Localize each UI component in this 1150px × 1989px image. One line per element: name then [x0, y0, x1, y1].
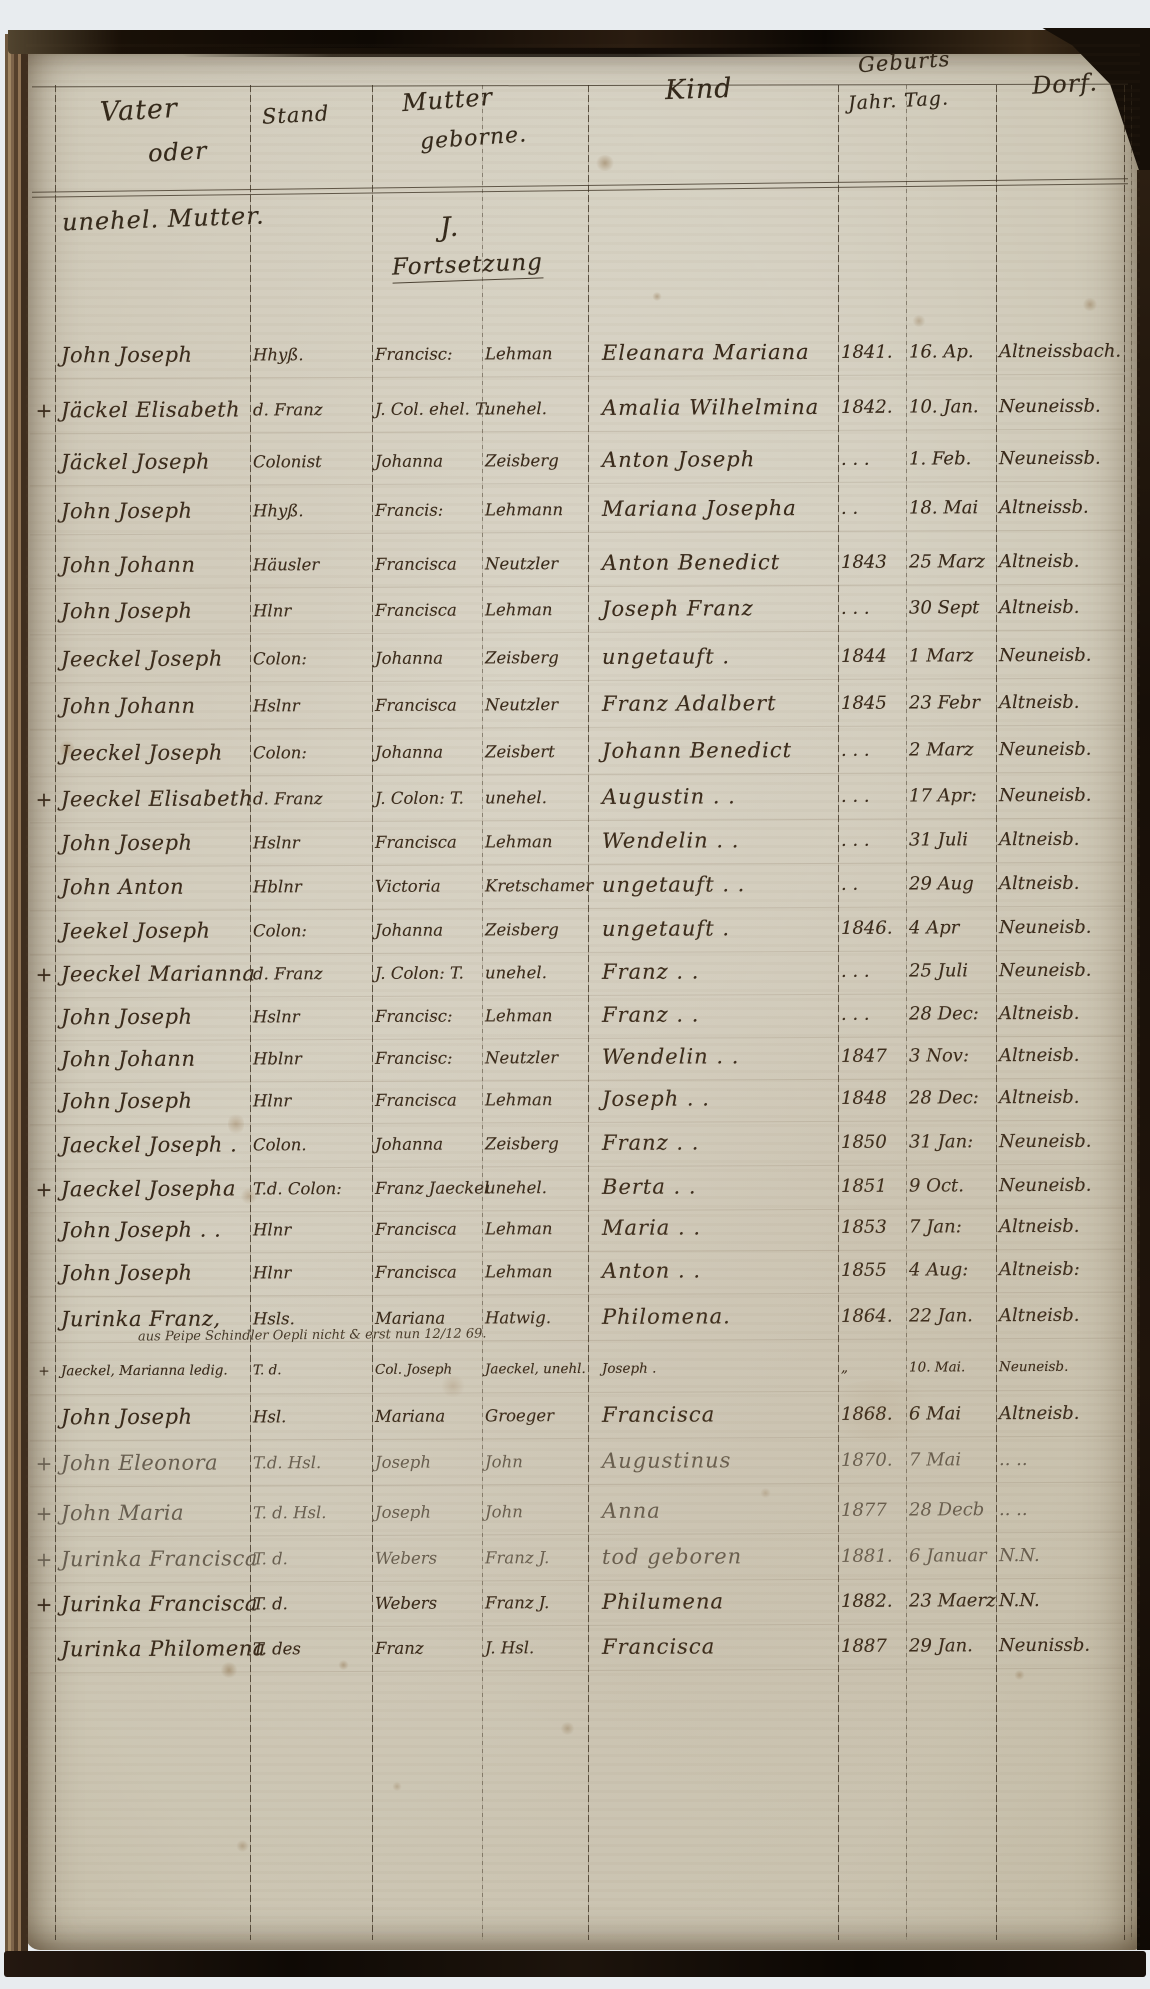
child-name-cell: Augustinus: [588, 1448, 838, 1473]
father-name-cell: John Joseph: [58, 498, 250, 523]
stand-cell: Hblnr: [250, 876, 372, 896]
village-cell: Altneisb.: [996, 1402, 1124, 1424]
birth-year-cell: . . .: [838, 829, 906, 850]
village-cell: Neuneissb.: [996, 447, 1124, 469]
birth-year-cell: . . .: [838, 1003, 906, 1024]
village-cell: .. ..: [996, 1498, 1124, 1520]
mother-givenname-cell: Mariana: [372, 1406, 482, 1425]
father-name-cell: John Joseph . .: [58, 1217, 250, 1242]
father-name-cell: John Johann: [58, 693, 250, 718]
birth-year-cell: 1887: [838, 1635, 906, 1656]
child-name-cell: Philomena.: [588, 1304, 838, 1329]
father-name-cell: Jurinka Philomena: [58, 1636, 250, 1661]
mother-givenname-cell: J. Colon: T.: [372, 788, 482, 807]
mother-surname-cell: Hatwig.: [482, 1307, 588, 1326]
village-cell: Neuneisb.: [996, 1174, 1124, 1196]
stand-cell: Hhyß.: [250, 500, 372, 520]
birth-year-cell: 1846.: [838, 917, 906, 938]
father-name-cell: Jurinka Francisca: [58, 1591, 250, 1616]
cross-mark-cell: +: [30, 1451, 58, 1475]
mother-givenname-cell: Joseph: [372, 1502, 482, 1521]
father-name-cell: Jeeckel Joseph: [58, 646, 250, 671]
father-name-cell: Jaeckel Josepha: [58, 1176, 250, 1201]
mother-givenname-cell: Francisca: [372, 1090, 482, 1109]
stand-cell: Colon.: [250, 1134, 372, 1154]
header-father-line1: Vater: [99, 93, 178, 128]
mother-givenname-cell: Mariana: [372, 1308, 482, 1327]
village-cell: Neuneisb.: [996, 784, 1124, 806]
cross-mark-cell: +: [30, 1547, 58, 1571]
birth-year-cell: 1841.: [838, 341, 906, 362]
mother-surname-cell: Lehman: [482, 1089, 588, 1108]
birth-day-cell: 4 Aug:: [906, 1259, 996, 1280]
register-row: +Jäckel Elisabethd. FranzJ. Col. ehel. T…: [30, 383, 1124, 435]
village-cell: Altneisb.: [996, 1086, 1124, 1108]
book-right-edge: [1137, 170, 1150, 1950]
mother-givenname-cell: J. Col. ehel. T.: [372, 399, 482, 418]
mother-givenname-cell: Joseph: [372, 1452, 482, 1471]
birth-day-cell: 10. Mai.: [906, 1359, 996, 1375]
village-cell: Neuneisb.: [996, 644, 1124, 666]
father-name-cell: Jeekel Joseph: [58, 918, 250, 943]
book-spine-page-edges: [0, 34, 28, 1962]
village-cell: Altneisb.: [996, 1044, 1124, 1066]
stand-cell: T.d. Hsl.: [250, 1452, 372, 1472]
mother-givenname-cell: Francisca: [372, 1262, 482, 1281]
birth-day-cell: 30 Sept: [906, 597, 996, 618]
child-name-cell: Joseph .: [588, 1360, 838, 1377]
birth-year-cell: 1853: [838, 1216, 906, 1237]
mother-surname-cell: Zeisberg: [482, 647, 588, 666]
stand-cell: Hslnr: [250, 1006, 372, 1026]
birth-day-cell: 28 Decb: [906, 1499, 996, 1520]
father-name-cell: John Eleonora: [58, 1450, 250, 1475]
header-stand: Stand: [261, 101, 329, 128]
mother-givenname-cell: Johanna: [372, 451, 482, 470]
register-row: John JosephHhyß.Francis:LehmannMariana J…: [30, 484, 1124, 536]
village-cell: Neuneissb.: [996, 395, 1124, 417]
birth-day-cell: 29 Jan.: [906, 1635, 996, 1656]
mother-givenname-cell: Johanna: [372, 920, 482, 939]
father-name-cell: Jurinka Francisca: [58, 1546, 250, 1571]
register-row: +Jurinka FranciscaT. d.WebersFranz J.Phi…: [30, 1577, 1124, 1629]
mother-givenname-cell: Franz Jaeckel: [372, 1178, 482, 1197]
child-name-cell: Franz . .: [588, 1002, 838, 1027]
mother-givenname-cell: Johanna: [372, 648, 482, 667]
mother-surname-cell: John: [482, 1501, 588, 1520]
mother-givenname-cell: Francisca: [372, 1219, 482, 1238]
father-name-cell: John Anton: [58, 874, 250, 899]
mother-surname-cell: unehel.: [482, 962, 588, 981]
birth-year-cell: „: [838, 1360, 906, 1376]
stand-cell: T. d.: [250, 1593, 372, 1613]
birth-year-cell: 1877: [838, 1499, 906, 1520]
village-cell: Altneisb.: [996, 1304, 1124, 1326]
village-cell: Altneisb.: [996, 1215, 1124, 1237]
register-row: +Jurinka FranciscaT. d.WebersFranz J.tod…: [30, 1532, 1124, 1584]
birth-year-cell: . .: [838, 497, 906, 518]
mother-surname-cell: Zeisberg: [482, 450, 588, 469]
child-name-cell: Augustin . .: [588, 784, 838, 809]
village-cell: Altneisb.: [996, 550, 1124, 572]
father-name-cell: John Johann: [58, 1046, 250, 1071]
mother-surname-cell: unehel.: [482, 398, 588, 417]
mother-surname-cell: Lehman: [482, 831, 588, 850]
stand-cell: Hhyß.: [250, 344, 372, 364]
register-row: John JosephHhyß.Francisc:LehmanEleanara …: [30, 328, 1124, 380]
birth-year-cell: . . .: [838, 785, 906, 806]
birth-year-cell: . . .: [838, 960, 906, 981]
village-cell: Altneisb.: [996, 1002, 1124, 1024]
birth-year-cell: 1882.: [838, 1590, 906, 1611]
birth-year-cell: 1843: [838, 551, 906, 572]
child-name-cell: Anton . .: [588, 1258, 838, 1283]
birth-day-cell: 1. Feb.: [906, 448, 996, 469]
register-row: +Jaeckel, Marianna ledig.T. d.Col. Josep…: [30, 1344, 1124, 1396]
village-cell: Neuneisb.: [996, 1359, 1124, 1376]
child-name-cell: Johann Benedict: [588, 738, 838, 763]
cross-mark-cell: +: [30, 962, 58, 986]
birth-day-cell: 28 Dec:: [906, 1003, 996, 1024]
birth-day-cell: 23 Maerz: [906, 1590, 996, 1611]
birth-day-cell: 22 Jan.: [906, 1305, 996, 1326]
birth-day-cell: 4 Apr: [906, 917, 996, 938]
child-name-cell: ungetauft . .: [588, 872, 838, 897]
birth-year-cell: . . .: [838, 597, 906, 618]
stand-cell: Hlnr: [250, 1219, 372, 1239]
birth-year-cell: 1851: [838, 1175, 906, 1196]
mother-givenname-cell: Victoria: [372, 876, 482, 895]
mother-givenname-cell: Francisca: [372, 600, 482, 619]
mother-surname-cell: Lehman: [482, 1218, 588, 1237]
birth-day-cell: 6 Mai: [906, 1403, 996, 1424]
child-name-cell: Anna: [588, 1498, 838, 1523]
mother-surname-cell: Zeisbert: [482, 741, 588, 760]
stand-cell: Hlnr: [250, 600, 372, 620]
village-cell: Neunissb.: [996, 1634, 1124, 1656]
stand-cell: Hslnr: [250, 832, 372, 852]
mother-givenname-cell: J. Colon: T.: [372, 963, 482, 982]
rule-right-margin-1: [1124, 85, 1125, 1940]
child-name-cell: Joseph Franz: [588, 596, 838, 621]
child-name-cell: Anton Benedict: [588, 550, 838, 575]
child-name-cell: Wendelin . .: [588, 1044, 838, 1069]
section-letter: J.: [439, 212, 459, 244]
birth-day-cell: 1 Marz: [906, 645, 996, 666]
father-name-cell: Jeeckel Marianna: [58, 961, 250, 986]
mother-givenname-cell: Francisca: [372, 832, 482, 851]
mother-surname-cell: Lehman: [482, 599, 588, 618]
village-cell: Altneisb.: [996, 828, 1124, 850]
father-name-cell: John Joseph: [58, 1260, 250, 1285]
register-row: John JosephHlnrFranciscaLehmanJoseph Fra…: [30, 584, 1124, 636]
stand-cell: Häusler: [250, 554, 372, 574]
mother-surname-cell: unehel.: [482, 787, 588, 806]
birth-year-cell: 1881.: [838, 1545, 906, 1566]
mother-givenname-cell: Francisc:: [372, 344, 482, 363]
birth-day-cell: 3 Nov:: [906, 1045, 996, 1066]
child-name-cell: ungetauft .: [588, 644, 838, 669]
father-name-cell: John Joseph: [58, 342, 250, 367]
mother-givenname-cell: Francisca: [372, 554, 482, 573]
stand-cell: d. Franz: [250, 788, 372, 808]
mother-surname-cell: Kretschamer: [482, 875, 588, 894]
birth-year-cell: . . .: [838, 739, 906, 760]
village-cell: Neuneisb.: [996, 1130, 1124, 1152]
scanned-register-page: Vater oder unehel. Mutter. Stand Mutter …: [0, 0, 1150, 1989]
mother-givenname-cell: Johanna: [372, 1134, 482, 1153]
child-name-cell: Franz . .: [588, 959, 838, 984]
birth-day-cell: 7 Jan:: [906, 1216, 996, 1237]
header-village: Dorf.: [1031, 68, 1098, 99]
cross-mark-cell: +: [30, 1363, 58, 1379]
mother-surname-cell: Zeisberg: [482, 1133, 588, 1152]
birth-day-cell: 2 Marz: [906, 739, 996, 760]
birth-day-cell: 31 Juli: [906, 829, 996, 850]
register-row: John JohannHslnrFranciscaNeutzlerFranz A…: [30, 679, 1124, 731]
birth-year-cell: 1845: [838, 692, 906, 713]
register-row: John JosephHsl.MarianaGroegerFrancisca18…: [30, 1390, 1124, 1442]
village-cell: Altneisb:: [996, 1258, 1124, 1280]
register-row: Jeeckel JosephColon:JohannaZeisbertJohan…: [30, 726, 1124, 778]
child-name-cell: ungetauft .: [588, 916, 838, 941]
mother-surname-cell: Lehman: [482, 1261, 588, 1280]
village-cell: Neuneisb.: [996, 916, 1124, 938]
mother-surname-cell: Lehmann: [482, 499, 588, 518]
register-row: Jurinka PhilomenaT. desFranzJ. Hsl.Franc…: [30, 1622, 1124, 1674]
child-name-cell: Joseph . .: [588, 1086, 838, 1111]
birth-year-cell: 1868.: [838, 1403, 906, 1424]
register-row: Jeeckel JosephColon:JohannaZeisbergunget…: [30, 632, 1124, 684]
mother-surname-cell: Franz J.: [482, 1547, 588, 1566]
child-name-cell: Francisca: [588, 1402, 838, 1427]
father-name-cell: Jäckel Elisabeth: [58, 397, 250, 422]
birth-day-cell: 29 Aug: [906, 873, 996, 894]
stand-cell: T.d. Colon:: [250, 1178, 372, 1198]
birth-day-cell: 23 Febr: [906, 692, 996, 713]
village-cell: Neuneisb.: [996, 738, 1124, 760]
child-name-cell: Maria . .: [588, 1215, 838, 1240]
stand-cell: Colon:: [250, 742, 372, 762]
register-row: +John EleonoraT.d. Hsl.JosephJohnAugusti…: [30, 1436, 1124, 1488]
child-name-cell: Franz . .: [588, 1130, 838, 1155]
mother-surname-cell: Neutzler: [482, 1047, 588, 1066]
birth-day-cell: 31 Jan:: [906, 1131, 996, 1152]
stand-cell: d. Franz: [250, 399, 372, 419]
father-name-cell: Jurinka Franz,: [58, 1306, 250, 1331]
cross-mark-cell: +: [30, 1177, 58, 1201]
mother-surname-cell: Lehman: [482, 343, 588, 362]
cross-mark-cell: +: [30, 787, 58, 811]
stand-cell: T. d.: [250, 1362, 372, 1379]
birth-year-cell: . .: [838, 873, 906, 894]
header-father-line2: oder: [147, 136, 208, 167]
village-cell: Altneisb.: [996, 596, 1124, 618]
father-name-cell: Jaeckel Joseph .: [58, 1132, 250, 1157]
village-cell: Altneisb.: [996, 691, 1124, 713]
marginal-note: aus Peipe Schindler Oepli nicht & erst n…: [138, 1326, 487, 1344]
register-row: John JosephHlnrFranciscaLehmanAnton . .1…: [30, 1246, 1124, 1298]
mother-surname-cell: Jaeckel, unehl.: [482, 1361, 588, 1377]
village-cell: N.N.: [996, 1589, 1124, 1611]
birth-year-cell: 1844: [838, 645, 906, 666]
child-name-cell: Anton Joseph: [588, 447, 838, 472]
birth-year-cell: . . .: [838, 448, 906, 469]
mother-surname-cell: Zeisberg: [482, 919, 588, 938]
father-name-cell: John Joseph: [58, 830, 250, 855]
mother-givenname-cell: Franz: [372, 1638, 482, 1657]
birth-day-cell: 16. Ap.: [906, 341, 996, 362]
child-name-cell: Berta . .: [588, 1174, 838, 1199]
child-name-cell: Amalia Wilhelmina: [588, 395, 838, 420]
mother-givenname-cell: Francisc:: [372, 1048, 482, 1067]
stand-cell: Hblnr: [250, 1048, 372, 1068]
mother-givenname-cell: Francis:: [372, 500, 482, 519]
birth-year-cell: 1842.: [838, 396, 906, 417]
birth-year-cell: 1864.: [838, 1305, 906, 1326]
stand-cell: Colonist: [250, 451, 372, 471]
stand-cell: d. Franz: [250, 963, 372, 983]
birth-year-cell: 1850: [838, 1131, 906, 1152]
cross-mark-cell: +: [30, 1592, 58, 1616]
stand-cell: T. d.: [250, 1548, 372, 1568]
birth-day-cell: 28 Dec:: [906, 1087, 996, 1108]
mother-surname-cell: John: [482, 1451, 588, 1470]
register-row: John JohannHäuslerFranciscaNeutzlerAnton…: [30, 538, 1124, 590]
child-name-cell: Eleanara Mariana: [588, 340, 838, 365]
birth-year-cell: 1870.: [838, 1449, 906, 1470]
child-name-cell: Wendelin . .: [588, 828, 838, 853]
stand-cell: Colon:: [250, 920, 372, 940]
rule-right-margin-2: [1131, 85, 1132, 1940]
mother-givenname-cell: Francisca: [372, 695, 482, 714]
register-row: Jäckel JosephColonistJohannaZeisbergAnto…: [30, 435, 1124, 487]
birth-day-cell: 25 Marz: [906, 551, 996, 572]
stand-cell: Hsl.: [250, 1406, 372, 1426]
mother-surname-cell: Lehman: [482, 1005, 588, 1024]
birth-day-cell: 6 Januar: [906, 1545, 996, 1566]
stand-cell: Hlnr: [250, 1262, 372, 1282]
father-name-cell: Jaeckel, Marianna ledig.: [58, 1362, 250, 1379]
book-bottom-edge: [4, 1951, 1146, 1977]
mother-givenname-cell: Johanna: [372, 742, 482, 761]
birth-day-cell: 7 Mai: [906, 1449, 996, 1470]
village-cell: Neuneisb.: [996, 959, 1124, 981]
child-name-cell: Franz Adalbert: [588, 691, 838, 716]
cross-mark-cell: +: [30, 398, 58, 422]
mother-surname-cell: Franz J.: [482, 1592, 588, 1611]
birth-day-cell: 17 Apr:: [906, 785, 996, 806]
village-cell: N.N.: [996, 1544, 1124, 1566]
village-cell: Altneissb.: [996, 496, 1124, 518]
village-cell: Altneisb.: [996, 872, 1124, 894]
father-name-cell: John Joseph: [58, 1004, 250, 1029]
mother-surname-cell: Neutzler: [482, 694, 588, 713]
birth-year-cell: 1847: [838, 1045, 906, 1066]
mother-surname-cell: Groeger: [482, 1405, 588, 1424]
mother-surname-cell: Neutzler: [482, 553, 588, 572]
stand-cell: T. d. Hsl.: [250, 1502, 372, 1522]
mother-surname-cell: J. Hsl.: [482, 1637, 588, 1656]
birth-day-cell: 9 Oct.: [906, 1175, 996, 1196]
stand-cell: Hslnr: [250, 695, 372, 715]
father-name-cell: Jäckel Joseph: [58, 449, 250, 474]
mother-givenname-cell: Webers: [372, 1593, 482, 1612]
father-name-cell: John Maria: [58, 1500, 250, 1525]
mother-givenname-cell: Webers: [372, 1548, 482, 1567]
stand-cell: T. des: [250, 1638, 372, 1658]
child-name-cell: Mariana Josepha: [588, 496, 838, 521]
mother-givenname-cell: Francisc:: [372, 1006, 482, 1025]
father-name-cell: John Joseph: [58, 598, 250, 623]
father-name-cell: Jeeckel Joseph: [58, 740, 250, 765]
stand-cell: Colon:: [250, 648, 372, 668]
birth-day-cell: 10. Jan.: [906, 396, 996, 417]
header-child: Kind: [664, 73, 733, 106]
father-name-cell: John Joseph: [58, 1088, 250, 1113]
father-name-cell: John Joseph: [58, 1404, 250, 1429]
stand-cell: Hlnr: [250, 1090, 372, 1110]
father-name-cell: John Johann: [58, 552, 250, 577]
village-cell: .. ..: [996, 1448, 1124, 1470]
child-name-cell: tod geboren: [588, 1544, 838, 1569]
child-name-cell: Francisca: [588, 1634, 838, 1659]
birth-day-cell: 18. Mai: [906, 497, 996, 518]
birth-day-cell: 25 Juli: [906, 960, 996, 981]
father-name-cell: Jeeckel Elisabeth: [58, 786, 250, 811]
section-title: Fortsetzung: [392, 249, 544, 280]
mother-surname-cell: unehel.: [482, 1177, 588, 1196]
cross-mark-cell: +: [30, 1501, 58, 1525]
register-row: +John MariaT. d. Hsl.JosephJohnAnna18772…: [30, 1486, 1124, 1538]
stand-cell: Hsls.: [250, 1308, 372, 1328]
village-cell: Altneissbach.: [996, 340, 1124, 362]
book-top-edge-blotch: [180, 48, 940, 57]
child-name-cell: Philumena: [588, 1589, 838, 1614]
birth-year-cell: 1848: [838, 1087, 906, 1108]
birth-year-cell: 1855: [838, 1259, 906, 1280]
mother-givenname-cell: Col. Joseph: [372, 1361, 482, 1377]
